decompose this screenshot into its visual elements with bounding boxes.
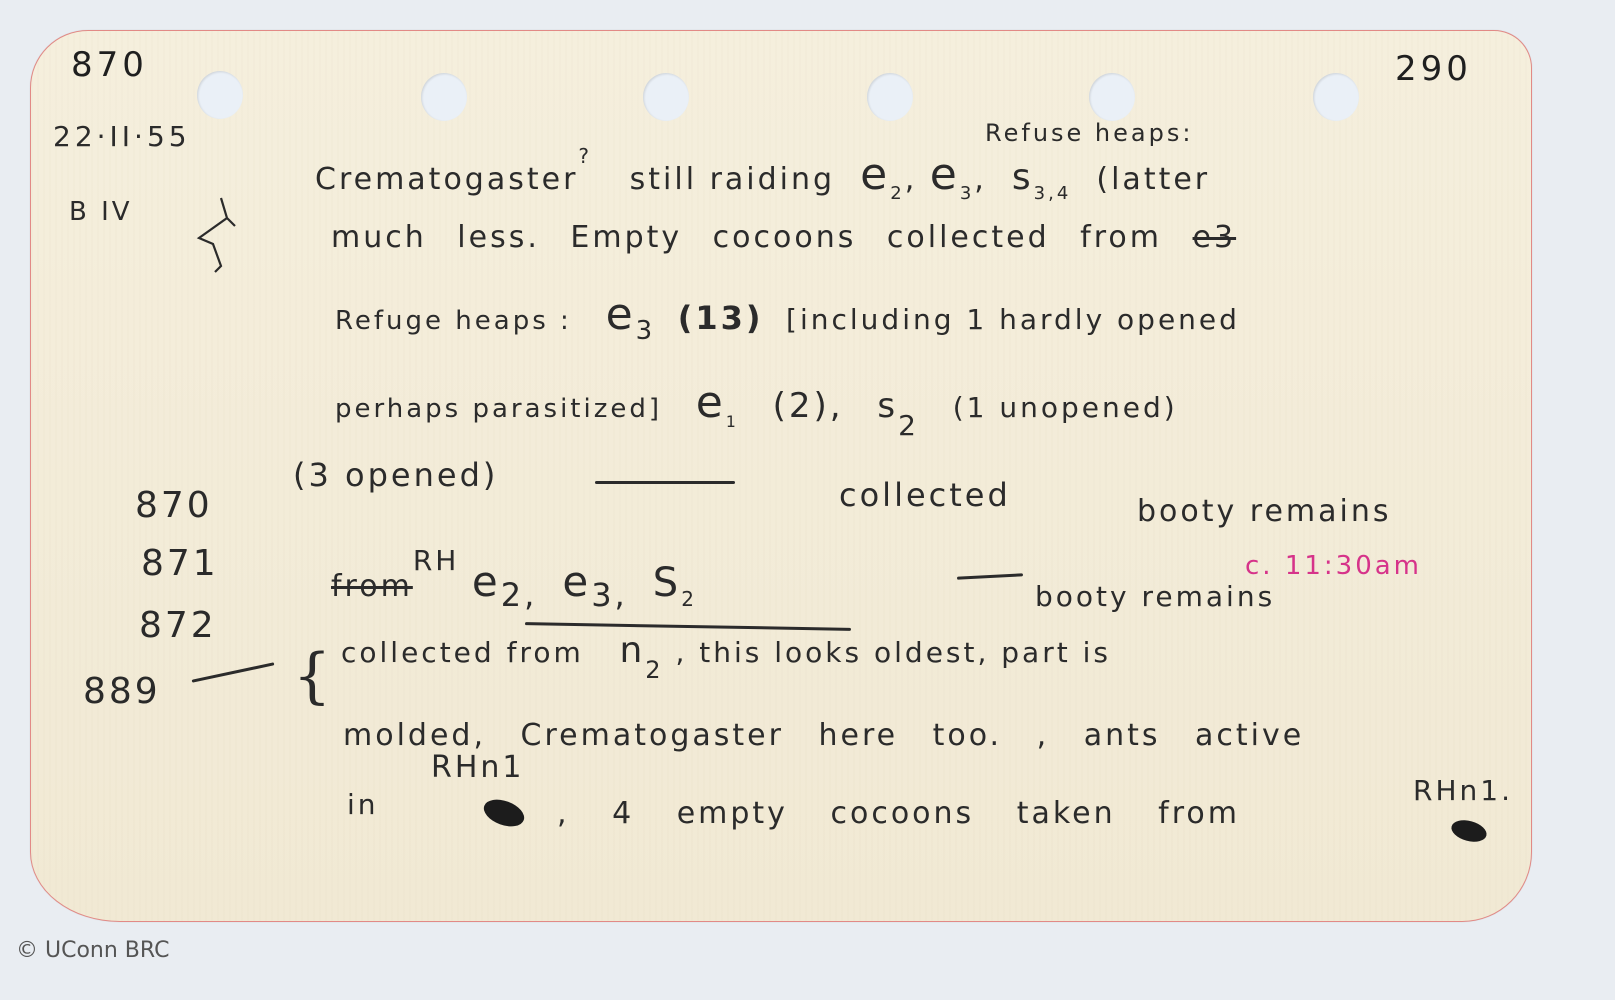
struck-from-text: from bbox=[331, 569, 413, 604]
note-line-5: (3 opened) bbox=[293, 459, 498, 491]
specimen-number: 889 bbox=[83, 671, 161, 712]
note-line-8: molded, Crematogaster here too. , ants a… bbox=[343, 721, 1304, 751]
punch-hole bbox=[197, 71, 243, 119]
note-line-9-sup-b: RHn1. bbox=[1413, 777, 1513, 805]
including-text: [including 1 hardly opened bbox=[786, 303, 1240, 336]
e-subscript: 3 bbox=[960, 183, 974, 204]
empty-cocoons-text: much less. Empty cocoons collected from bbox=[331, 220, 1162, 255]
e-subscript: 2 bbox=[890, 183, 904, 204]
n-subscript: 2 bbox=[645, 656, 663, 684]
refuge-heaps-text: Refuge heaps : bbox=[335, 306, 572, 336]
punch-hole bbox=[1089, 73, 1135, 121]
note-line-6: fromRH e2, e3, S2 bbox=[331, 561, 697, 603]
dash-stroke bbox=[957, 573, 1023, 579]
question-mark: ? bbox=[578, 144, 592, 168]
e-label: e bbox=[930, 149, 960, 200]
note-line-5-collected: collected bbox=[839, 479, 1011, 511]
note-line-3: Refuge heaps : e3 (13) [including 1 hard… bbox=[335, 293, 1240, 337]
time-annotation: c. 11:30am bbox=[1245, 551, 1422, 581]
opened-text: (3 opened) bbox=[293, 456, 498, 494]
card-number-left: 870 bbox=[71, 45, 148, 85]
note-line-9-in: in bbox=[347, 791, 379, 819]
diamond-symbol-icon bbox=[191, 196, 241, 276]
e-label: e bbox=[860, 149, 890, 200]
ink-blot bbox=[1449, 817, 1489, 846]
s-subscript: 3,4 bbox=[1034, 183, 1072, 204]
dash-stroke bbox=[595, 481, 735, 484]
e-subscript: 3, bbox=[591, 576, 628, 614]
punch-hole bbox=[1313, 73, 1359, 121]
date: 22·II·55 bbox=[53, 123, 191, 151]
n-label: n bbox=[619, 630, 645, 671]
e-subscript: 3 bbox=[636, 316, 656, 346]
note-line-4: perhaps parasitized] e1 (2), s2 (1 unope… bbox=[335, 381, 1178, 425]
e-label: e bbox=[562, 557, 591, 606]
s-label: s bbox=[1012, 157, 1034, 198]
parasitized-text: perhaps parasitized] bbox=[335, 394, 662, 424]
punch-hole bbox=[643, 73, 689, 121]
oldest-text: , this looks oldest, part is bbox=[675, 636, 1111, 669]
note-line-9-sup-a: RHn1 bbox=[431, 753, 525, 783]
specimen-number: 872 bbox=[139, 605, 217, 646]
specimen-number: 871 bbox=[141, 543, 219, 584]
e-label: e bbox=[696, 377, 726, 428]
e-label: e bbox=[606, 289, 636, 340]
count-value: (2), bbox=[773, 386, 844, 426]
underline-stroke bbox=[525, 622, 851, 631]
s-label: S bbox=[653, 560, 681, 606]
note-line-6-booty: booty remains bbox=[1035, 583, 1275, 611]
card-number-right: 290 bbox=[1395, 49, 1472, 89]
collected-from-text: collected from bbox=[341, 636, 584, 669]
insert-refuse-heaps: Refuse heaps: bbox=[985, 121, 1193, 145]
note-line-7: collected from n2 , this looks oldest, p… bbox=[341, 633, 1111, 669]
latter-text: (latter bbox=[1096, 162, 1210, 197]
location-code: B IV bbox=[69, 199, 133, 225]
s-label: s bbox=[877, 386, 898, 426]
index-card: 870 290 22·II·55 B IV Refuse heaps: Crem… bbox=[30, 30, 1532, 922]
genus-name: Crematogaster bbox=[315, 162, 578, 197]
curly-brace: { bbox=[293, 641, 331, 711]
punch-hole bbox=[867, 73, 913, 121]
punch-hole bbox=[421, 73, 467, 121]
copyright-credit: © UConn BRC bbox=[16, 938, 169, 963]
count-value: (13) bbox=[678, 299, 764, 337]
e-label: e bbox=[472, 557, 501, 606]
unopened-text: (1 unopened) bbox=[953, 391, 1178, 424]
e-subscript: 1 bbox=[726, 413, 739, 431]
dash-stroke bbox=[192, 662, 275, 682]
note-line-1: Crematogaster? still raiding e2, e3, s3,… bbox=[315, 153, 1210, 197]
ink-blot bbox=[480, 795, 528, 832]
note-line-9: , 4 empty cocoons taken from bbox=[557, 799, 1240, 829]
note-line-2: much less. Empty cocoons collected from … bbox=[331, 223, 1236, 253]
s-subscript: 2 bbox=[681, 587, 697, 611]
rh-superscript: RH bbox=[413, 544, 460, 577]
specimen-number: 870 bbox=[135, 485, 213, 526]
s-subscript: 2 bbox=[898, 409, 919, 442]
struck-text: e3 bbox=[1193, 220, 1237, 255]
still-raiding-text: still raiding bbox=[630, 162, 835, 197]
note-line-5-booty: booty remains bbox=[1137, 497, 1392, 527]
e-subscript: 2, bbox=[501, 576, 538, 614]
